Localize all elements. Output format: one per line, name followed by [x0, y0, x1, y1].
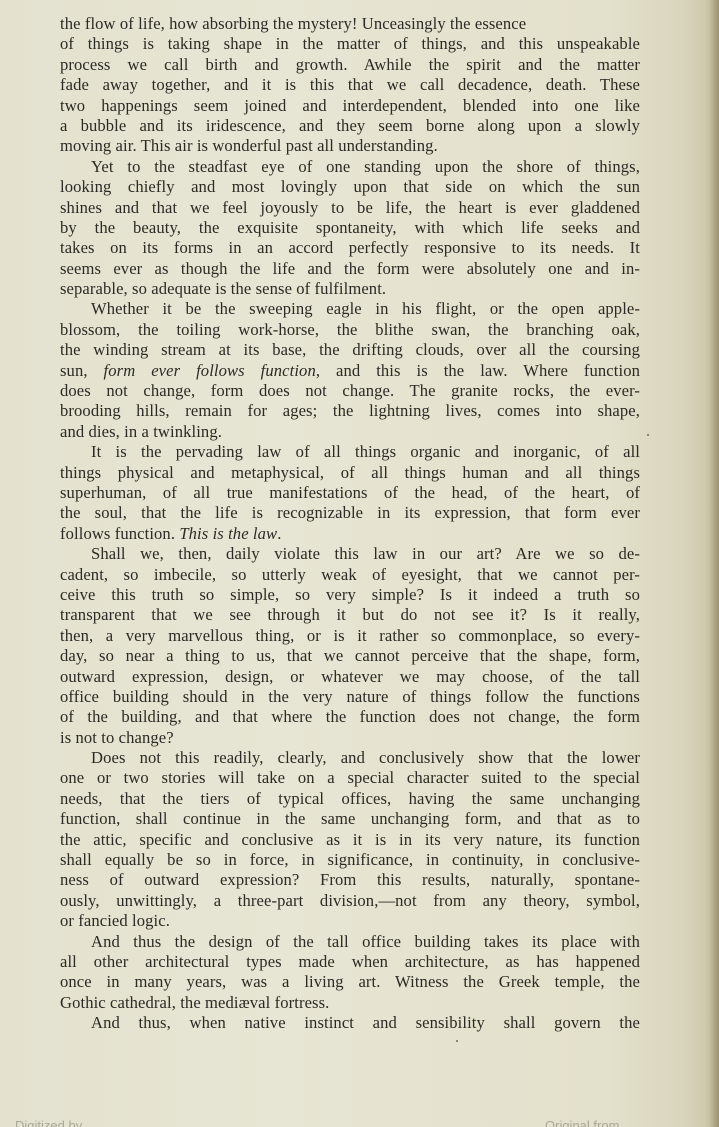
paper-speck — [647, 434, 649, 436]
text-line-paragraph-start: And thus the design of the tall office b… — [60, 932, 640, 952]
text-line-paragraph-end: follows function. This is the law. — [60, 524, 640, 544]
text-line: ness of outward expression? From this re… — [60, 870, 640, 890]
text-line-paragraph-end: moving air. This air is wonderful past a… — [60, 136, 640, 156]
text-line: by the beauty, the exquisite spontaneity… — [60, 218, 640, 238]
text-run: follows function. — [60, 524, 179, 543]
text-line: process we call birth and growth. Awhile… — [60, 55, 640, 75]
text-line: cadent, so imbecile, so utterly weak of … — [60, 565, 640, 585]
text-line: day, so near a thing to us, that we cann… — [60, 646, 640, 666]
text-line: shall equally be so in force, in signifi… — [60, 850, 640, 870]
text-line: one or two stories will take on a specia… — [60, 768, 640, 788]
text-line: fade away together, and it is this that … — [60, 75, 640, 95]
text-line: does not change, form does not change. T… — [60, 381, 640, 401]
book-page: the flow of life, how absorbing the myst… — [0, 0, 719, 1127]
text-line-paragraph-end: or fancied logic. — [60, 911, 640, 931]
text-line-paragraph-start: Whether it be the sweeping eagle in his … — [60, 299, 640, 319]
text-line-paragraph-start: Yet to the steadfast eye of one standing… — [60, 157, 640, 177]
text-line: brooding hills, remain for ages; the lig… — [60, 401, 640, 421]
text-line: function, shall continue in the same unc… — [60, 809, 640, 829]
text-line-paragraph-start: It is the pervading law of all things or… — [60, 442, 640, 462]
text-line: things physical and metaphysical, of all… — [60, 463, 640, 483]
text-line: blossom, the toiling work-horse, the bli… — [60, 320, 640, 340]
binding-gutter-shadow — [709, 0, 719, 1127]
text-line-paragraph-start: Does not this readily, clearly, and conc… — [60, 748, 640, 768]
paper-speck — [456, 1040, 458, 1042]
text-line: the flow of life, how absorbing the myst… — [60, 14, 640, 34]
text-line: shines and that we feel joyously to be l… — [60, 198, 640, 218]
text-line-paragraph-end: separable, so adequate is the sense of f… — [60, 279, 640, 299]
italic-phrase-form-follows-function: form ever follows function — [104, 361, 316, 380]
text-line: all other architectural types made when … — [60, 952, 640, 972]
text-line: the attic, specific and conclusive as it… — [60, 830, 640, 850]
text-line: a bubble and its iridescence, and they s… — [60, 116, 640, 136]
text-run: sun, — [60, 361, 104, 380]
text-line: needs, that the tiers of typical offices… — [60, 789, 640, 809]
text-line: outward expression, design, or whatever … — [60, 667, 640, 687]
text-line: ously, unwittingly, a three-part divisio… — [60, 891, 640, 911]
text-line-paragraph-start: Shall we, then, daily violate this law i… — [60, 544, 640, 564]
footer-original-from: Original from — [545, 1118, 619, 1127]
text-line-paragraph-end: is not to change? — [60, 728, 640, 748]
text-line: ceive this truth so simple, so very simp… — [60, 585, 640, 605]
text-line: seems ever as though the life and the fo… — [60, 259, 640, 279]
text-run: , and this is the law. Where function — [316, 361, 640, 380]
text-line: superhuman, of all true manifestations o… — [60, 483, 640, 503]
text-line: looking chiefly and most lovingly upon t… — [60, 177, 640, 197]
text-run: . — [277, 524, 281, 543]
text-line-paragraph-end: Gothic cathedral, the mediæval fortress. — [60, 993, 640, 1013]
text-line: of the building, and that where the func… — [60, 707, 640, 727]
text-line: then, a very marvellous thing, or is it … — [60, 626, 640, 646]
text-line: office building should in the very natur… — [60, 687, 640, 707]
text-line-paragraph-end: and dies, in a twinkling. — [60, 422, 640, 442]
text-line: of things is taking shape in the matter … — [60, 34, 640, 54]
text-line: two happenings seem joined and interdepe… — [60, 96, 640, 116]
footer-digitized-by: Digitized by — [15, 1118, 82, 1127]
text-line: transparent that we see through it but d… — [60, 605, 640, 625]
text-line: once in many years, was a living art. Wi… — [60, 972, 640, 992]
text-line: the winding stream at its base, the drif… — [60, 340, 640, 360]
text-line: the soul, that the life is recognizable … — [60, 503, 640, 523]
page-body-text: the flow of life, how absorbing the myst… — [60, 14, 640, 1034]
text-line: takes on its forms in an accord perfectl… — [60, 238, 640, 258]
italic-phrase-this-is-the-law: This is the law — [179, 524, 277, 543]
text-line-paragraph-start: And thus, when native instinct and sensi… — [60, 1013, 640, 1033]
text-line-with-italic: sun, form ever follows function, and thi… — [60, 361, 640, 381]
